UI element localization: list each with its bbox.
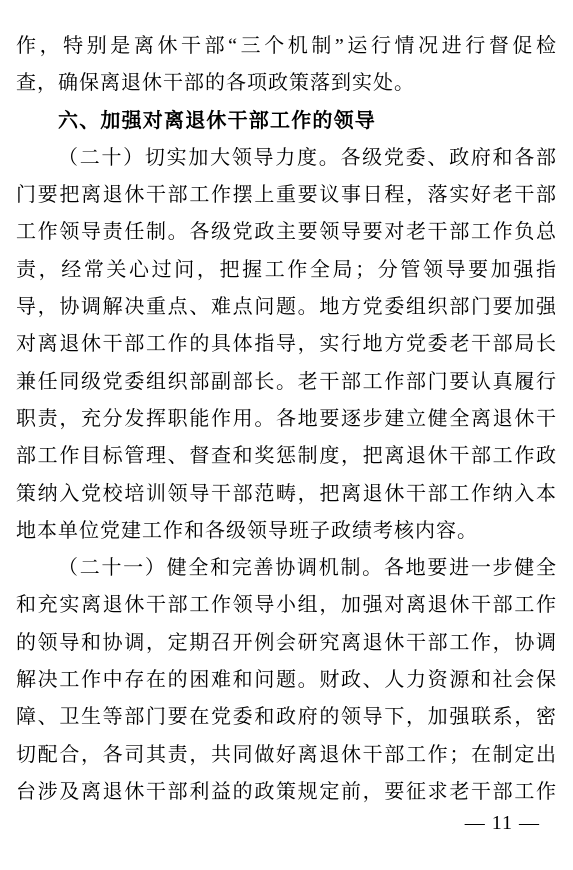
text-line: 障、卫生等部门要在党委和政府的领导下，加强联系，密 — [16, 699, 557, 736]
text-line: 查，确保离退休干部的各项政策落到实处。 — [16, 65, 557, 102]
text-line: 对离退休干部工作的具体指导，实行地方党委老干部局长 — [16, 326, 557, 363]
text-line: 切配合，各司其责，共同做好离退休干部工作；在制定出 — [16, 737, 557, 774]
text-line: 导，协调解决重点、难点问题。地方党委组织部门要加强 — [16, 289, 557, 326]
document-page: 作，特别是离休干部“三个机制”运行情况进行督促检查，确保离退休干部的各项政策落到… — [0, 0, 573, 870]
text-line: 门要把离退休干部工作摆上重要议事日程，落实好老干部 — [16, 177, 557, 214]
text-line: （二十）切实加大领导力度。各级党委、政府和各部 — [16, 140, 557, 177]
text-line: （二十一）健全和完善协调机制。各地要进一步健全 — [16, 550, 557, 587]
text-line: 策纳入党校培训领导干部范畴，把离退休干部工作纳入本 — [16, 476, 557, 513]
document-body: 作，特别是离休干部“三个机制”运行情况进行督促检查，确保离退休干部的各项政策落到… — [16, 28, 557, 811]
text-line: 台涉及离退休干部利益的政策规定前，要征求老干部工作 — [16, 774, 557, 811]
text-line: 解决工作中存在的困难和问题。财政、人力资源和社会保 — [16, 662, 557, 699]
text-line: 和充实离退休干部工作领导小组，加强对离退休干部工作 — [16, 587, 557, 624]
text-line: 责，经常关心过问，把握工作全局；分管领导要加强指 — [16, 252, 557, 289]
text-line: 部工作目标管理、督查和奖惩制度，把离退休干部工作政 — [16, 438, 557, 475]
page-number: — 11 — — [465, 812, 540, 835]
text-line: 工作领导责任制。各级党政主要领导要对老干部工作负总 — [16, 214, 557, 251]
text-line: 作，特别是离休干部“三个机制”运行情况进行督促检 — [16, 28, 557, 65]
text-line: 地本单位党建工作和各级领导班子政绩考核内容。 — [16, 513, 557, 550]
text-line: 职责，充分发挥职能作用。各地要逐步建立健全离退休干 — [16, 401, 557, 438]
text-line: 的领导和协调，定期召开例会研究离退休干部工作，协调 — [16, 625, 557, 662]
text-line: 兼任同级党委组织部副部长。老干部工作部门要认真履行 — [16, 364, 557, 401]
section-heading: 六、加强对离退休干部工作的领导 — [16, 103, 557, 140]
